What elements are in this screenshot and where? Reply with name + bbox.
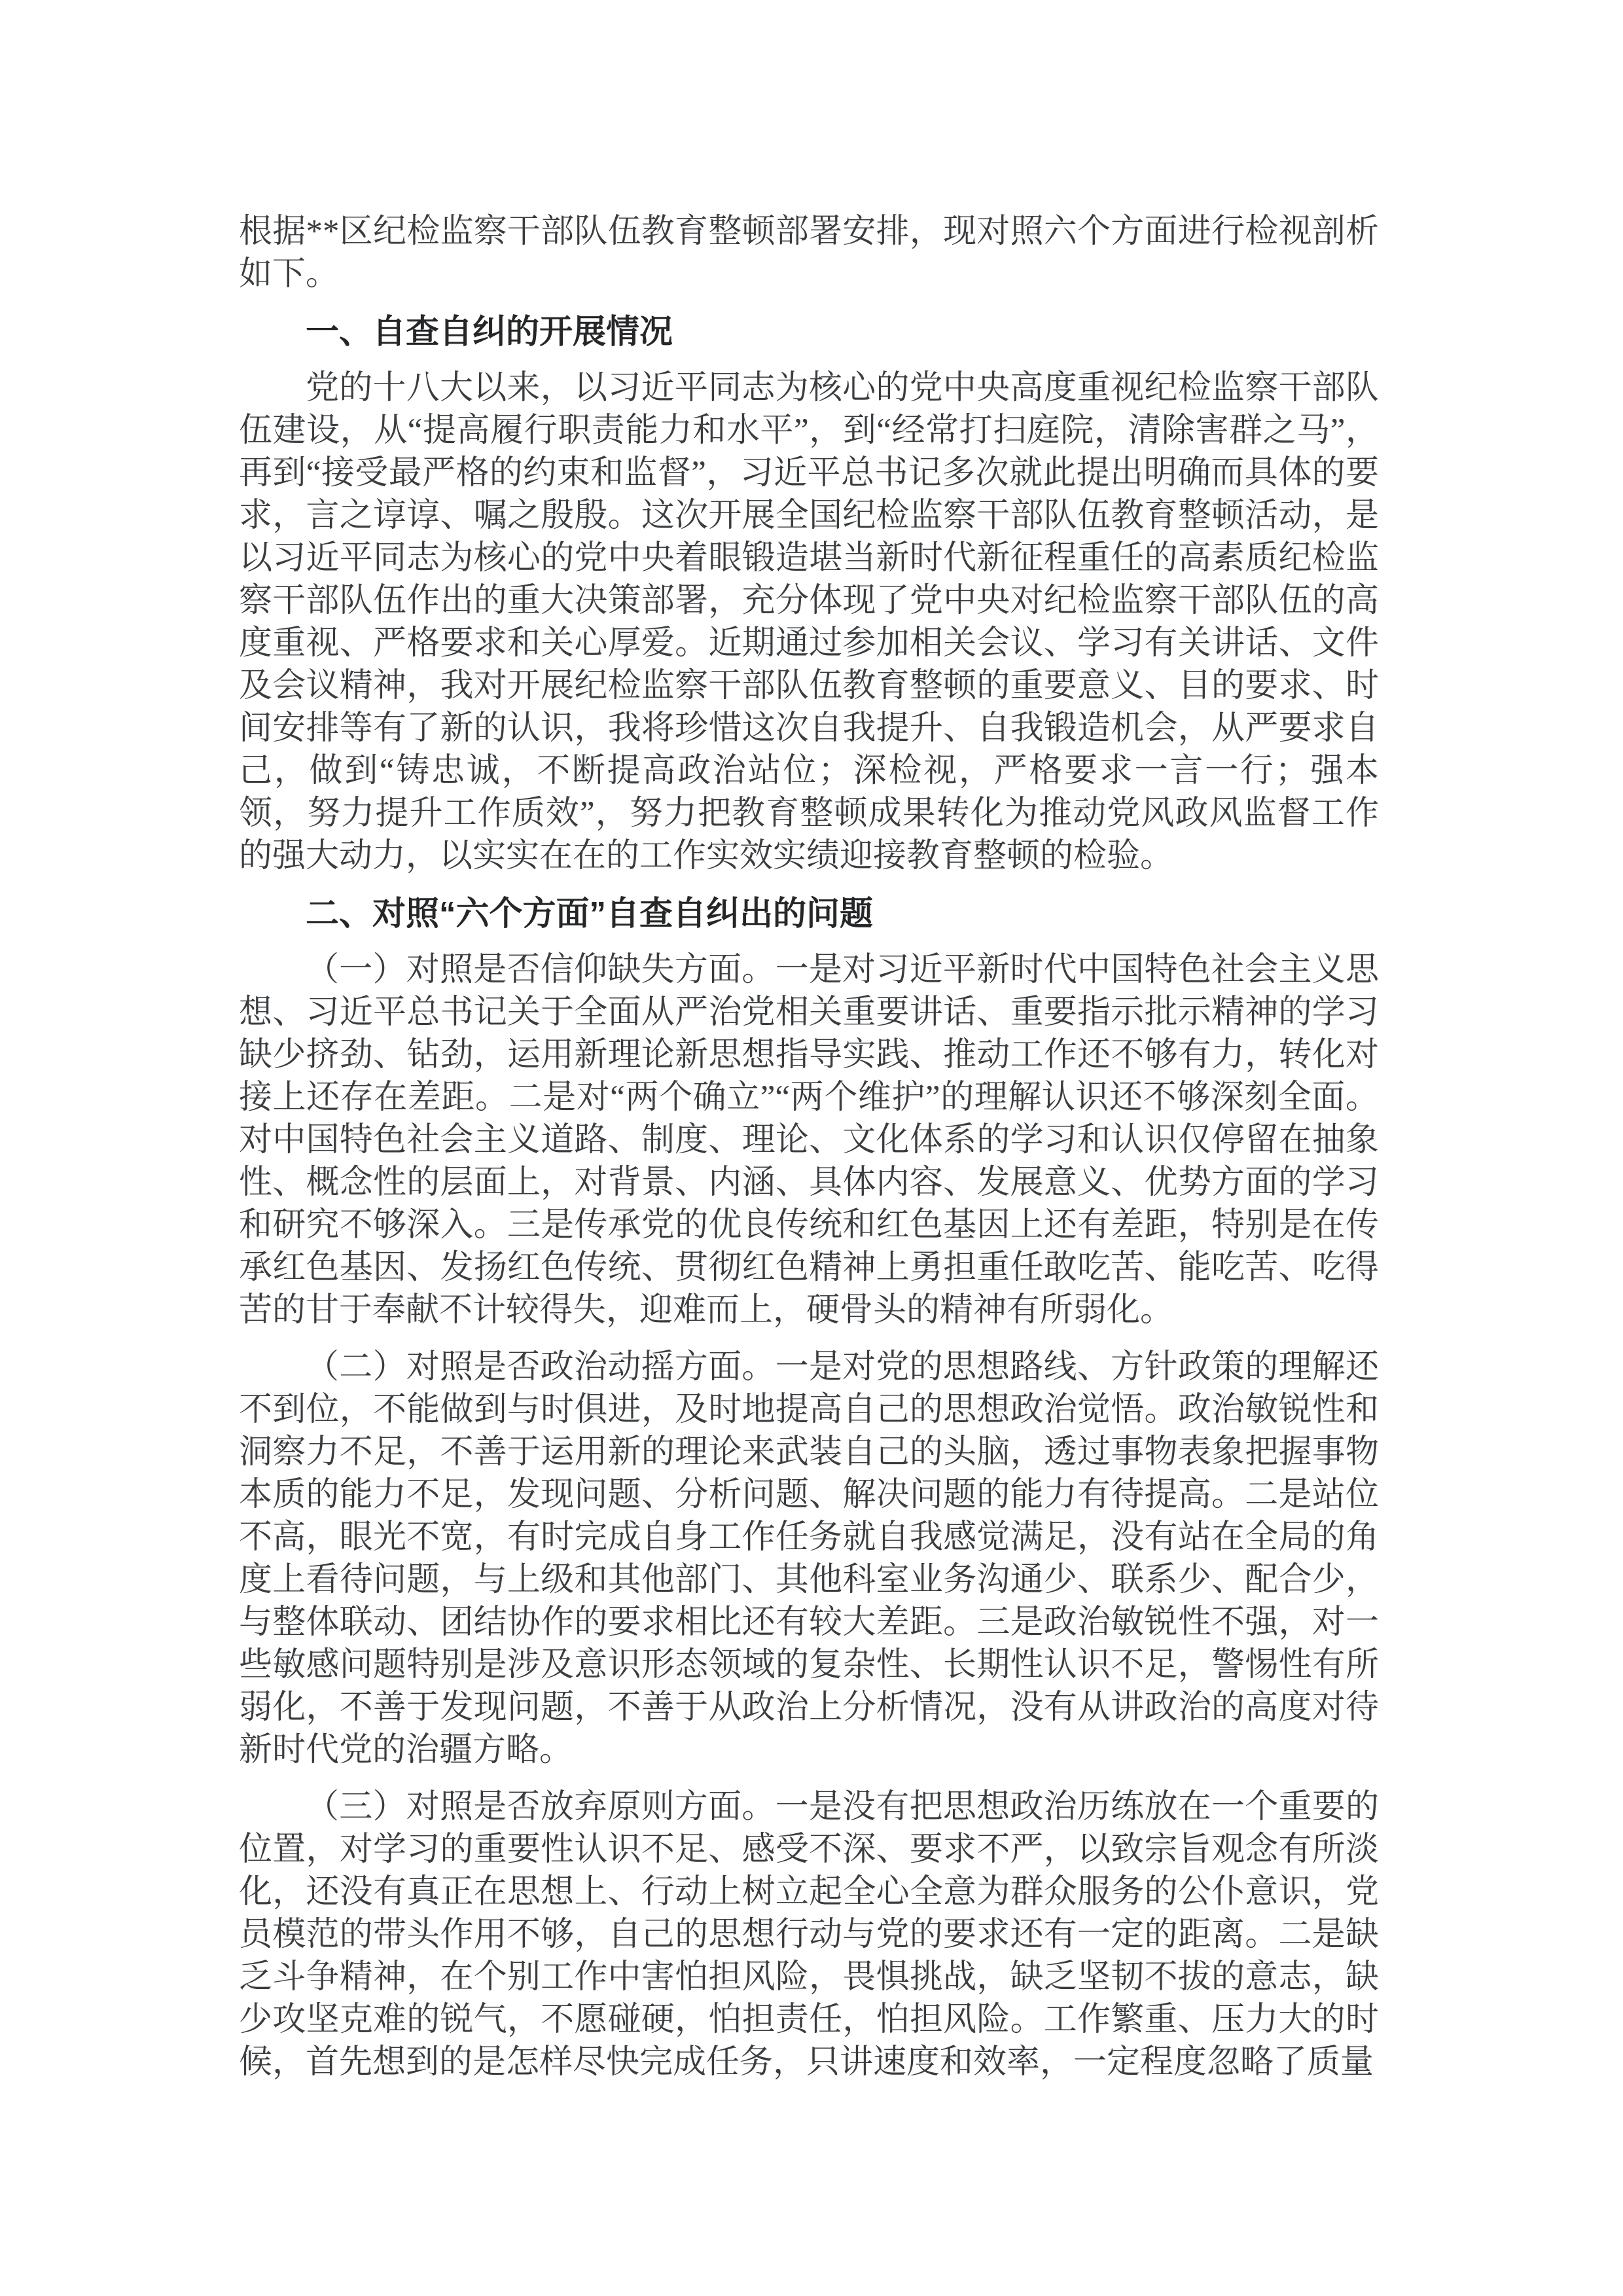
document-page: 根据**区纪检监察干部队伍教育整顿部署安排，现对照六个方面进行检视剖析如下。 一… (0, 0, 1623, 2296)
section-2-item-1-paragraph: （一）对照是否信仰缺失方面。一是对习近平新时代中国特色社会主义思想、习近平总书记… (239, 949, 1379, 1332)
section-2-heading: 二、对照“六个方面”自查自纠出的问题 (239, 892, 1379, 935)
section-1-paragraph: 党的十八大以来，以习近平同志为核心的党中央高度重视纪检监察干部队伍建设，从“提高… (239, 367, 1379, 878)
intro-paragraph: 根据**区纪检监察干部队伍教育整顿部署安排，现对照六个方面进行检视剖析如下。 (239, 211, 1379, 296)
section-2-item-2-paragraph: （二）对照是否政治动摇方面。一是对党的思想路线、方针政策的理解还不到位，不能做到… (239, 1346, 1379, 1772)
document-content: 根据**区纪检监察干部队伍教育整顿部署安排，现对照六个方面进行检视剖析如下。 一… (239, 211, 1379, 2098)
section-2-item-3-paragraph: （三）对照是否放弃原则方面。一是没有把思想政治历练放在一个重要的位置，对学习的重… (239, 1786, 1379, 2084)
section-1-heading: 一、自查自纠的开展情况 (239, 310, 1379, 353)
